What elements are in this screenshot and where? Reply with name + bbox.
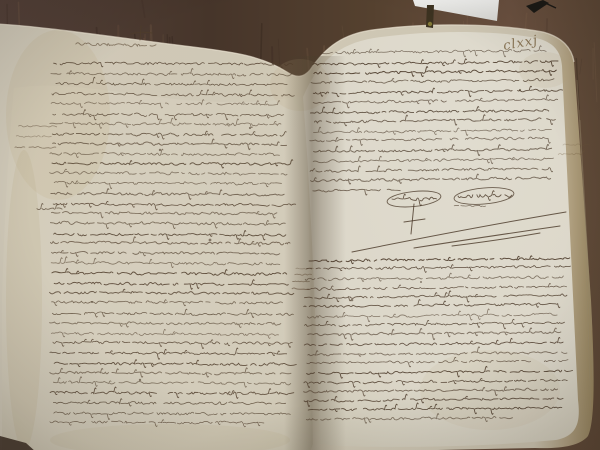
photo-canvas: clxxj — [0, 0, 600, 450]
photo-vignette — [0, 0, 600, 450]
manuscript-photo: clxxj — [0, 0, 600, 450]
